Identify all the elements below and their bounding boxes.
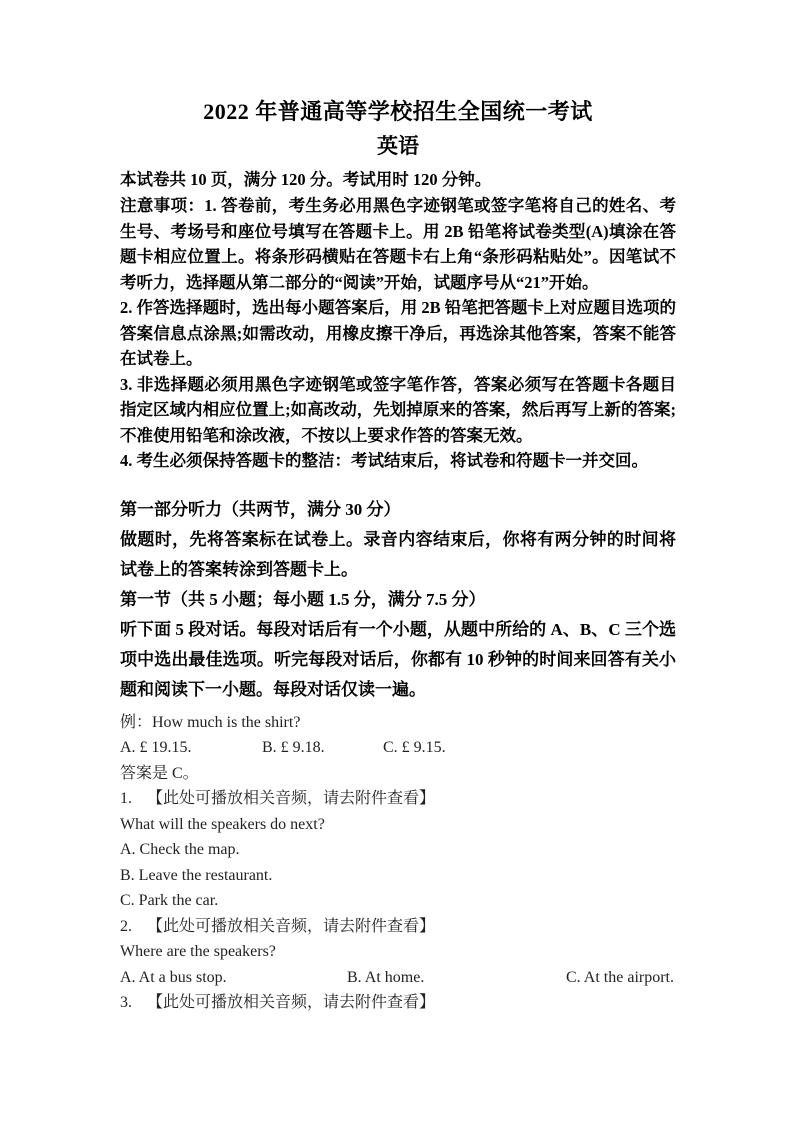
question-1-option-c: C. Park the car. <box>120 888 676 914</box>
example-option-a: A. £ 19.15. <box>120 735 258 761</box>
audio-placeholder-note: 【此处可播放相关音频，请去附件查看】 <box>147 918 435 935</box>
question-2-option-a: A. At a bus stop. <box>120 965 343 991</box>
part1-intro: 做题时，先将答案标在试卷上。录音内容结束后，你将有两分钟的时间将试卷上的答案转涂… <box>120 525 676 585</box>
question-1-option-a: A. Check the map. <box>120 837 676 863</box>
question-2-audio-line: 2. 【此处可播放相关音频，请去附件查看】 <box>120 914 676 940</box>
notice-item-1: 注意事项：1. 答卷前，考生务必用黑色字迹钢笔或签字笔将自己的姓名、考生号、考场… <box>120 193 676 295</box>
notice-item-4: 4. 考生必须保持答题卡的整洁：考试结束后，将试卷和符题卡一并交回。 <box>120 448 676 474</box>
example-prompt: 例：How much is the shirt? <box>120 710 676 736</box>
exam-info-line: 本试卷共 10 页，满分 120 分。考试用时 120 分钟。 <box>120 167 676 193</box>
example-options-row: A. £ 19.15. B. £ 9.18. C. £ 9.15. <box>120 735 676 761</box>
question-2-option-b: B. At home. <box>347 965 562 991</box>
exam-paper-page: 2022 年普通高等学校招生全国统一考试 英语 本试卷共 10 页，满分 120… <box>0 0 793 1122</box>
question-3-audio-line: 3. 【此处可播放相关音频，请去附件查看】 <box>120 990 676 1016</box>
audio-placeholder-note: 【此处可播放相关音频，请去附件查看】 <box>147 790 435 807</box>
page-title: 2022 年普通高等学校招生全国统一考试 <box>120 97 676 127</box>
question-1-prompt: What will the speakers do next? <box>120 812 676 838</box>
question-2: 2. 【此处可播放相关音频，请去附件查看】 Where are the spea… <box>120 914 676 991</box>
notice-item-3: 3. 非选择题必须用黑色字迹钢笔或签字笔作答，答案必须写在答题卡各题目指定区域内… <box>120 372 676 449</box>
part1-listening-section: 第一部分听力（共两节，满分 30 分） 做题时，先将答案标在试卷上。录音内容结束… <box>120 495 676 705</box>
part1-heading: 第一部分听力（共两节，满分 30 分） <box>120 495 676 525</box>
example-option-c: C. £ 9.15. <box>383 739 446 756</box>
page-subtitle: 英语 <box>120 129 676 163</box>
questions-block: 例：How much is the shirt? A. £ 19.15. B. … <box>120 710 676 1016</box>
question-3: 3. 【此处可播放相关音频，请去附件查看】 <box>120 990 676 1016</box>
audio-placeholder-note: 【此处可播放相关音频，请去附件查看】 <box>147 994 435 1011</box>
example-option-b: B. £ 9.18. <box>262 735 379 761</box>
page-content: 2022 年普通高等学校招生全国统一考试 英语 本试卷共 10 页，满分 120… <box>120 97 676 1016</box>
example-question: 例：How much is the shirt? A. £ 19.15. B. … <box>120 710 676 787</box>
question-1-number: 1. <box>120 786 132 812</box>
question-2-options-row: A. At a bus stop. B. At home. C. At the … <box>120 965 676 991</box>
question-3-number: 3. <box>120 990 132 1016</box>
section1-heading: 第一节（共 5 小题；每小题 1.5 分，满分 7.5 分） <box>120 585 676 615</box>
notice-section: 注意事项：1. 答卷前，考生务必用黑色字迹钢笔或签字笔将自己的姓名、考生号、考场… <box>120 193 676 474</box>
question-2-number: 2. <box>120 914 132 940</box>
section1-intro: 听下面 5 段对话。每段对话后有一个小题，从题中所给的 A、B、C 三个选项中选… <box>120 615 676 705</box>
notice-item-2: 2. 作答选择题时，选出每小题答案后，用 2B 铅笔把答题卡上对应题目选项的答案… <box>120 295 676 372</box>
question-1-audio-line: 1. 【此处可播放相关音频，请去附件查看】 <box>120 786 676 812</box>
question-1-option-b: B. Leave the restaurant. <box>120 863 676 889</box>
question-2-prompt: Where are the speakers? <box>120 939 676 965</box>
question-2-option-c: C. At the airport. <box>566 969 674 986</box>
question-1: 1. 【此处可播放相关音频，请去附件查看】 What will the spea… <box>120 786 676 914</box>
example-answer: 答案是 C。 <box>120 761 676 787</box>
